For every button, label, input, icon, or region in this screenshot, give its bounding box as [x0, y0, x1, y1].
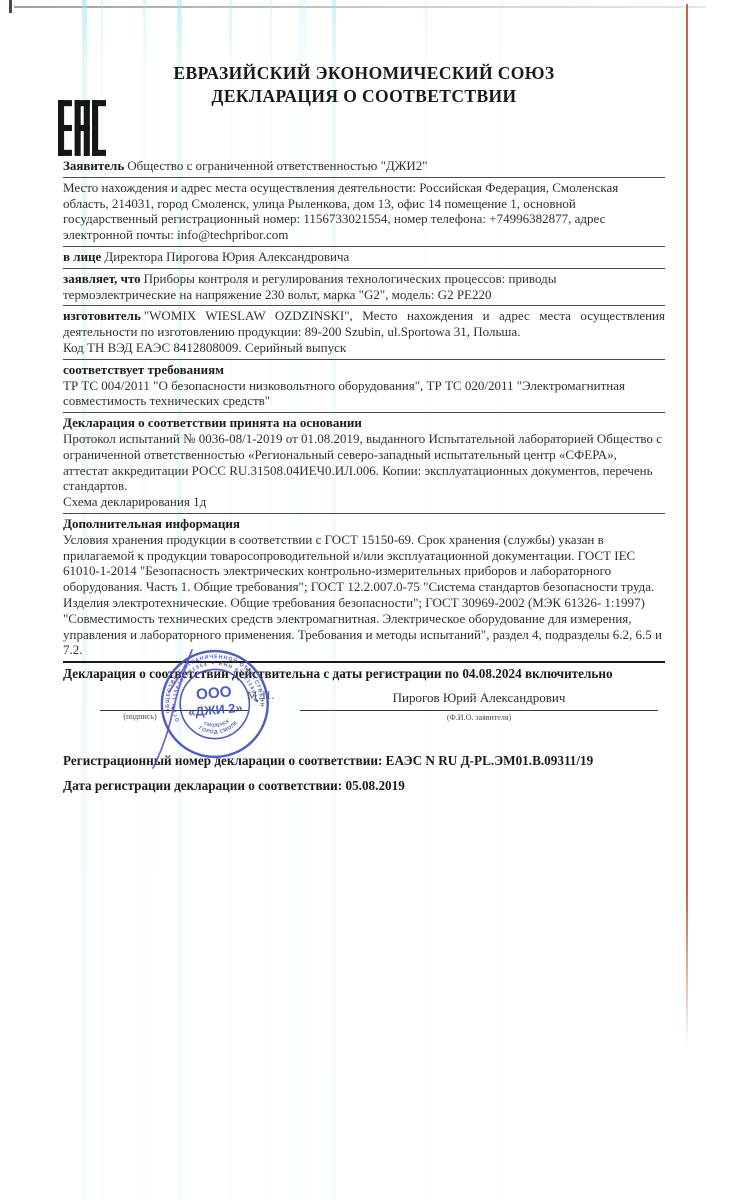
requirements-heading: соответствует требованиям: [63, 362, 662, 378]
person-label: в лице: [63, 249, 101, 264]
manufacturer-label: изготовитель: [63, 308, 141, 323]
address-value: Место нахождения и адрес места осуществл…: [63, 180, 618, 242]
section-applicant: ЗаявительОбщество с ограниченной ответст…: [63, 158, 665, 177]
section-person: в лицеДиректора Пирогова Юрия Александро…: [63, 246, 665, 268]
declaration-scheme: Схема декларирования 1д: [63, 494, 665, 510]
title-line-union: ЕВРАЗИЙСКИЙ ЭКОНОМИЧЕСКИЙ СОЮЗ: [63, 62, 665, 85]
additional-heading: Дополнительная информация: [63, 516, 662, 532]
basis-heading: Декларация о соответствии принята на осн…: [63, 415, 662, 431]
eac-mark-icon: [58, 97, 106, 164]
requirements-body: ТР ТС 004/2011 "О безопасности низковоль…: [63, 378, 665, 410]
registration-date-value: 05.08.2019: [345, 778, 404, 793]
tnved-code-line: Код ТН ВЭД ЕАЭС 8412808009. Серийный вып…: [63, 340, 665, 356]
section-declares: заявляет, чтоПриборы контроля и регулиро…: [63, 268, 665, 306]
manufacturer-value: "WOMIX WIESLAW OZDZINSKI", Место нахожде…: [63, 308, 665, 339]
section-basis: Декларация о соответствии принята на осн…: [63, 412, 665, 513]
basis-body: Протокол испытаний № 0036-08/1-2019 от 0…: [63, 431, 665, 494]
section-manufacturer: изготовитель"WOMIX WIESLAW OZDZINSKI", М…: [63, 305, 665, 358]
registration-number-value: ЕАЭС N RU Д-PL.ЭМ01.В.09311/19: [386, 753, 594, 768]
name-line: [300, 702, 658, 711]
manufacturer-line: изготовитель"WOMIX WIESLAW OZDZINSKI", М…: [63, 308, 665, 340]
title-line-declaration: ДЕКЛАРАЦИЯ О СООТВЕТСТВИИ: [63, 85, 665, 108]
scan-edge-tick: [9, 0, 12, 13]
scan-edge-line: [14, 6, 706, 8]
document-title: ЕВРАЗИЙСКИЙ ЭКОНОМИЧЕСКИЙ СОЮЗ ДЕКЛАРАЦИ…: [63, 62, 665, 108]
person-value: Директора Пирогова Юрия Александровича: [104, 249, 349, 264]
section-address: Место нахождения и адрес места осуществл…: [63, 177, 665, 246]
scan-red-line: [686, 4, 688, 1049]
name-caption: (Ф.И.О. заявителя): [300, 713, 658, 722]
applicant-label: Заявитель: [63, 158, 124, 173]
scanned-declaration-page: ЕВРАЗИЙСКИЙ ЭКОНОМИЧЕСКИЙ СОЮЗ ДЕКЛАРАЦИ…: [0, 0, 729, 1200]
declares-label: заявляет, что: [63, 271, 141, 286]
handwritten-signature: [138, 638, 218, 783]
section-requirements: соответствует требованиям ТР ТС 004/2011…: [63, 359, 665, 412]
applicant-value: Общество с ограниченной ответственностью…: [127, 158, 427, 173]
declaration-body: ЗаявительОбщество с ограниченной ответст…: [63, 158, 665, 682]
stamp-diamond-right: ✦: [254, 697, 261, 705]
